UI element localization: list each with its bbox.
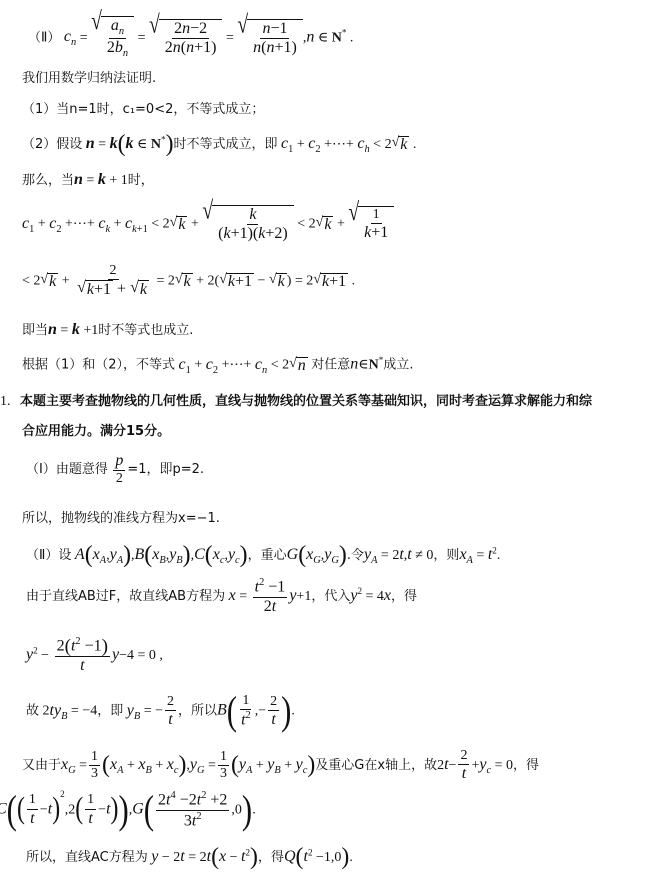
q21-yb: 故 2tyB = −4，即 yB = −2t，所以B(1t2,−2t). xyxy=(26,693,295,730)
part-label: （Ⅱ） xyxy=(28,30,60,45)
q21-line-ab: 由于直线AB过F，故直线AB方程为 x = t2 −12ty+1，代入y2 = … xyxy=(26,577,417,616)
q21-directrix: 所以，抛物线的准线方程为x=−1. xyxy=(22,512,220,525)
q21-centroid: 又由于xG =13(xA + xB + xc),yG =13(yA + yB +… xyxy=(22,748,539,783)
question-21-header-cont: 合应用能力。满分15分。 xyxy=(22,425,170,438)
base-case: （1）当n=1时，c₁=0<2，不等式成立； xyxy=(22,103,264,116)
inductive-step-intro: 那么，当n = k + 1时， xyxy=(22,172,154,188)
question-21-header: 1. 本题主要考查抛物线的几何性质，直线与抛物线的位置关系等基础知识，同时考查运… xyxy=(0,395,592,409)
part2-cn-formula: （Ⅱ） cn = √an2bn = √2n−22n(n+1) = √n−1n(n… xyxy=(28,16,353,60)
q21-part2-setup: （Ⅱ）设 A(xA,yA),B(xB,yB),C(xc,yc)，重心G(xG,y… xyxy=(26,544,500,568)
inductive-hypothesis: （2）假设 n = k(k ∈ N*)时不等式成立，即 c1 + c2 +⋯+ … xyxy=(22,133,416,157)
inequality-line-1: c1 + c2 +⋯+ ck + ck+1 < 2√k + √k(k+1)(k+… xyxy=(22,205,394,244)
q21-part1: （I）由题意得 p2=1，即p=2. xyxy=(26,452,204,487)
inequality-line-2: < 2√k + 2√k+1 + √k = 2√k + 2(√k+1 − √k) … xyxy=(22,263,355,299)
q21-c-g-points: C((1t−t)2,2(1t−t)),G(2t4 −2t2 +23t2,0). xyxy=(0,790,256,830)
q21-quadratic: y2 − 2(t2 −1)ty−4 = 0 , xyxy=(26,636,163,676)
conclusion-step: 即当n = k +1时不等式也成立. xyxy=(22,322,193,338)
induction-intro: 我们用数学归纳法证明. xyxy=(22,72,156,85)
q21-line-ac: 所以，直线AC方程为 y − 2t = 2t(x − t2)，得Q(t2 −1,… xyxy=(26,846,353,870)
conclusion-final: 根据（1）和（2），不等式 c1 + c2 +⋯+ cn < 2√n 对任意n∈… xyxy=(22,356,413,376)
